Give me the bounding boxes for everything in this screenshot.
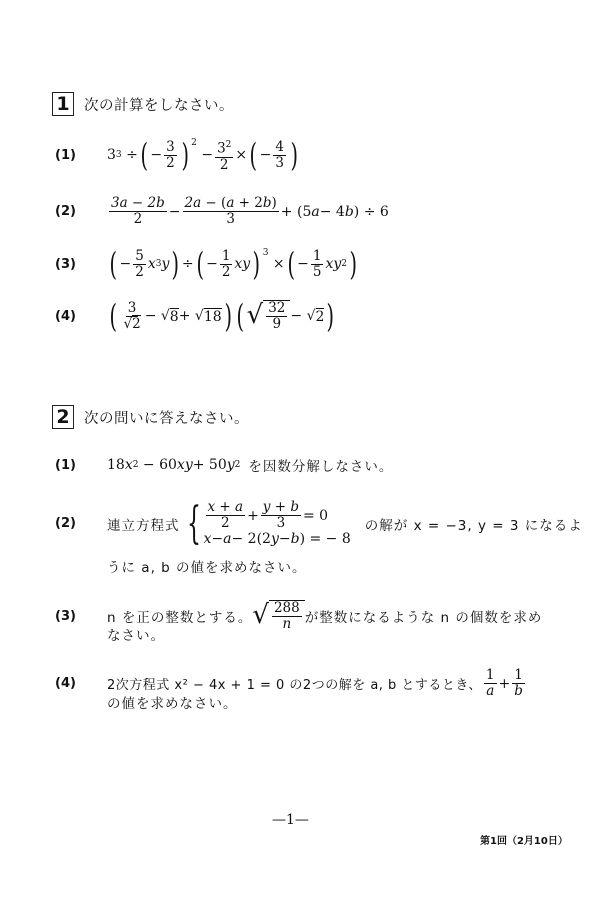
math-expression: 33 ÷(−32)2 −322×(−43) <box>107 138 300 173</box>
page-number: —1— <box>272 812 309 828</box>
math-expression: 18x2 − 60xy + 50y2 <box>107 457 240 473</box>
section-1-header: 1 次の計算をしなさい。 <box>52 92 234 116</box>
question-label: (3) <box>55 257 107 272</box>
question-1-2: (2) 3a − 2b2−2a − (a + 2b)3+ (5a − 4b) ÷… <box>55 196 389 227</box>
question-label: (1) <box>55 148 107 163</box>
question-text-continued: なさい。 <box>107 624 165 644</box>
question-text: 2次方程式 x² − 4x + 1 = 0 の2つの解を a, b とするとき、 <box>107 674 482 693</box>
equation-system: x + a2+y + b3= 0 x − a − 2(2y − b) = − 8 <box>204 500 351 547</box>
question-2-1: (1) 18x2 − 60xy + 50y2 を因数分解しなさい。 <box>55 455 393 475</box>
question-text-continued: うに a, b の値を求めなさい。 <box>107 556 307 576</box>
section-title: 次の問いに答えなさい。 <box>84 407 249 428</box>
question-label: (2) <box>55 204 107 219</box>
section-number: 2 <box>52 405 74 429</box>
section-title: 次の計算をしなさい。 <box>84 94 234 115</box>
question-label: (3) <box>55 609 107 624</box>
question-1-4: (4) (3√2− √8 + √18)(√329− √2) <box>55 300 337 332</box>
question-label: (1) <box>55 458 107 473</box>
math-expression: 3a − 2b2−2a − (a + 2b)3+ (5a − 4b) ÷ 6 <box>107 196 389 227</box>
math-expression: (3√2− √8 + √18)(√329− √2) <box>107 300 337 332</box>
question-label: (4) <box>55 309 107 324</box>
question-1-3: (3) (−52x3y)÷(−12xy)3 ×(−15xy2) <box>55 248 359 280</box>
math-expression: √288n <box>252 600 304 632</box>
section-number: 1 <box>52 92 74 116</box>
math-expression: 1a+1b <box>482 668 527 699</box>
question-2-2: (2) 連立方程式 { x + a2+y + b3= 0 x − a − 2(2… <box>55 500 583 547</box>
question-text: を因数分解しなさい。 <box>248 455 393 475</box>
footer-note: 第1回（2月10日） <box>480 832 568 847</box>
question-text: が整数になるような n の個数を求め <box>305 606 543 626</box>
question-label: (2) <box>55 516 107 531</box>
question-1-1: (1) 33 ÷(−32)2 −322×(−43) <box>55 138 300 173</box>
section-2-header: 2 次の問いに答えなさい。 <box>52 405 249 429</box>
question-text: n を正の整数とする。 <box>107 606 252 626</box>
question-text: 連立方程式 <box>107 514 180 534</box>
question-text: の解が x = −3, y = 3 になるよ <box>365 514 583 534</box>
question-text-continued: の値を求めなさい。 <box>107 692 238 712</box>
question-label: (4) <box>55 676 107 691</box>
math-expression: (−52x3y)÷(−12xy)3 ×(−15xy2) <box>107 248 359 280</box>
